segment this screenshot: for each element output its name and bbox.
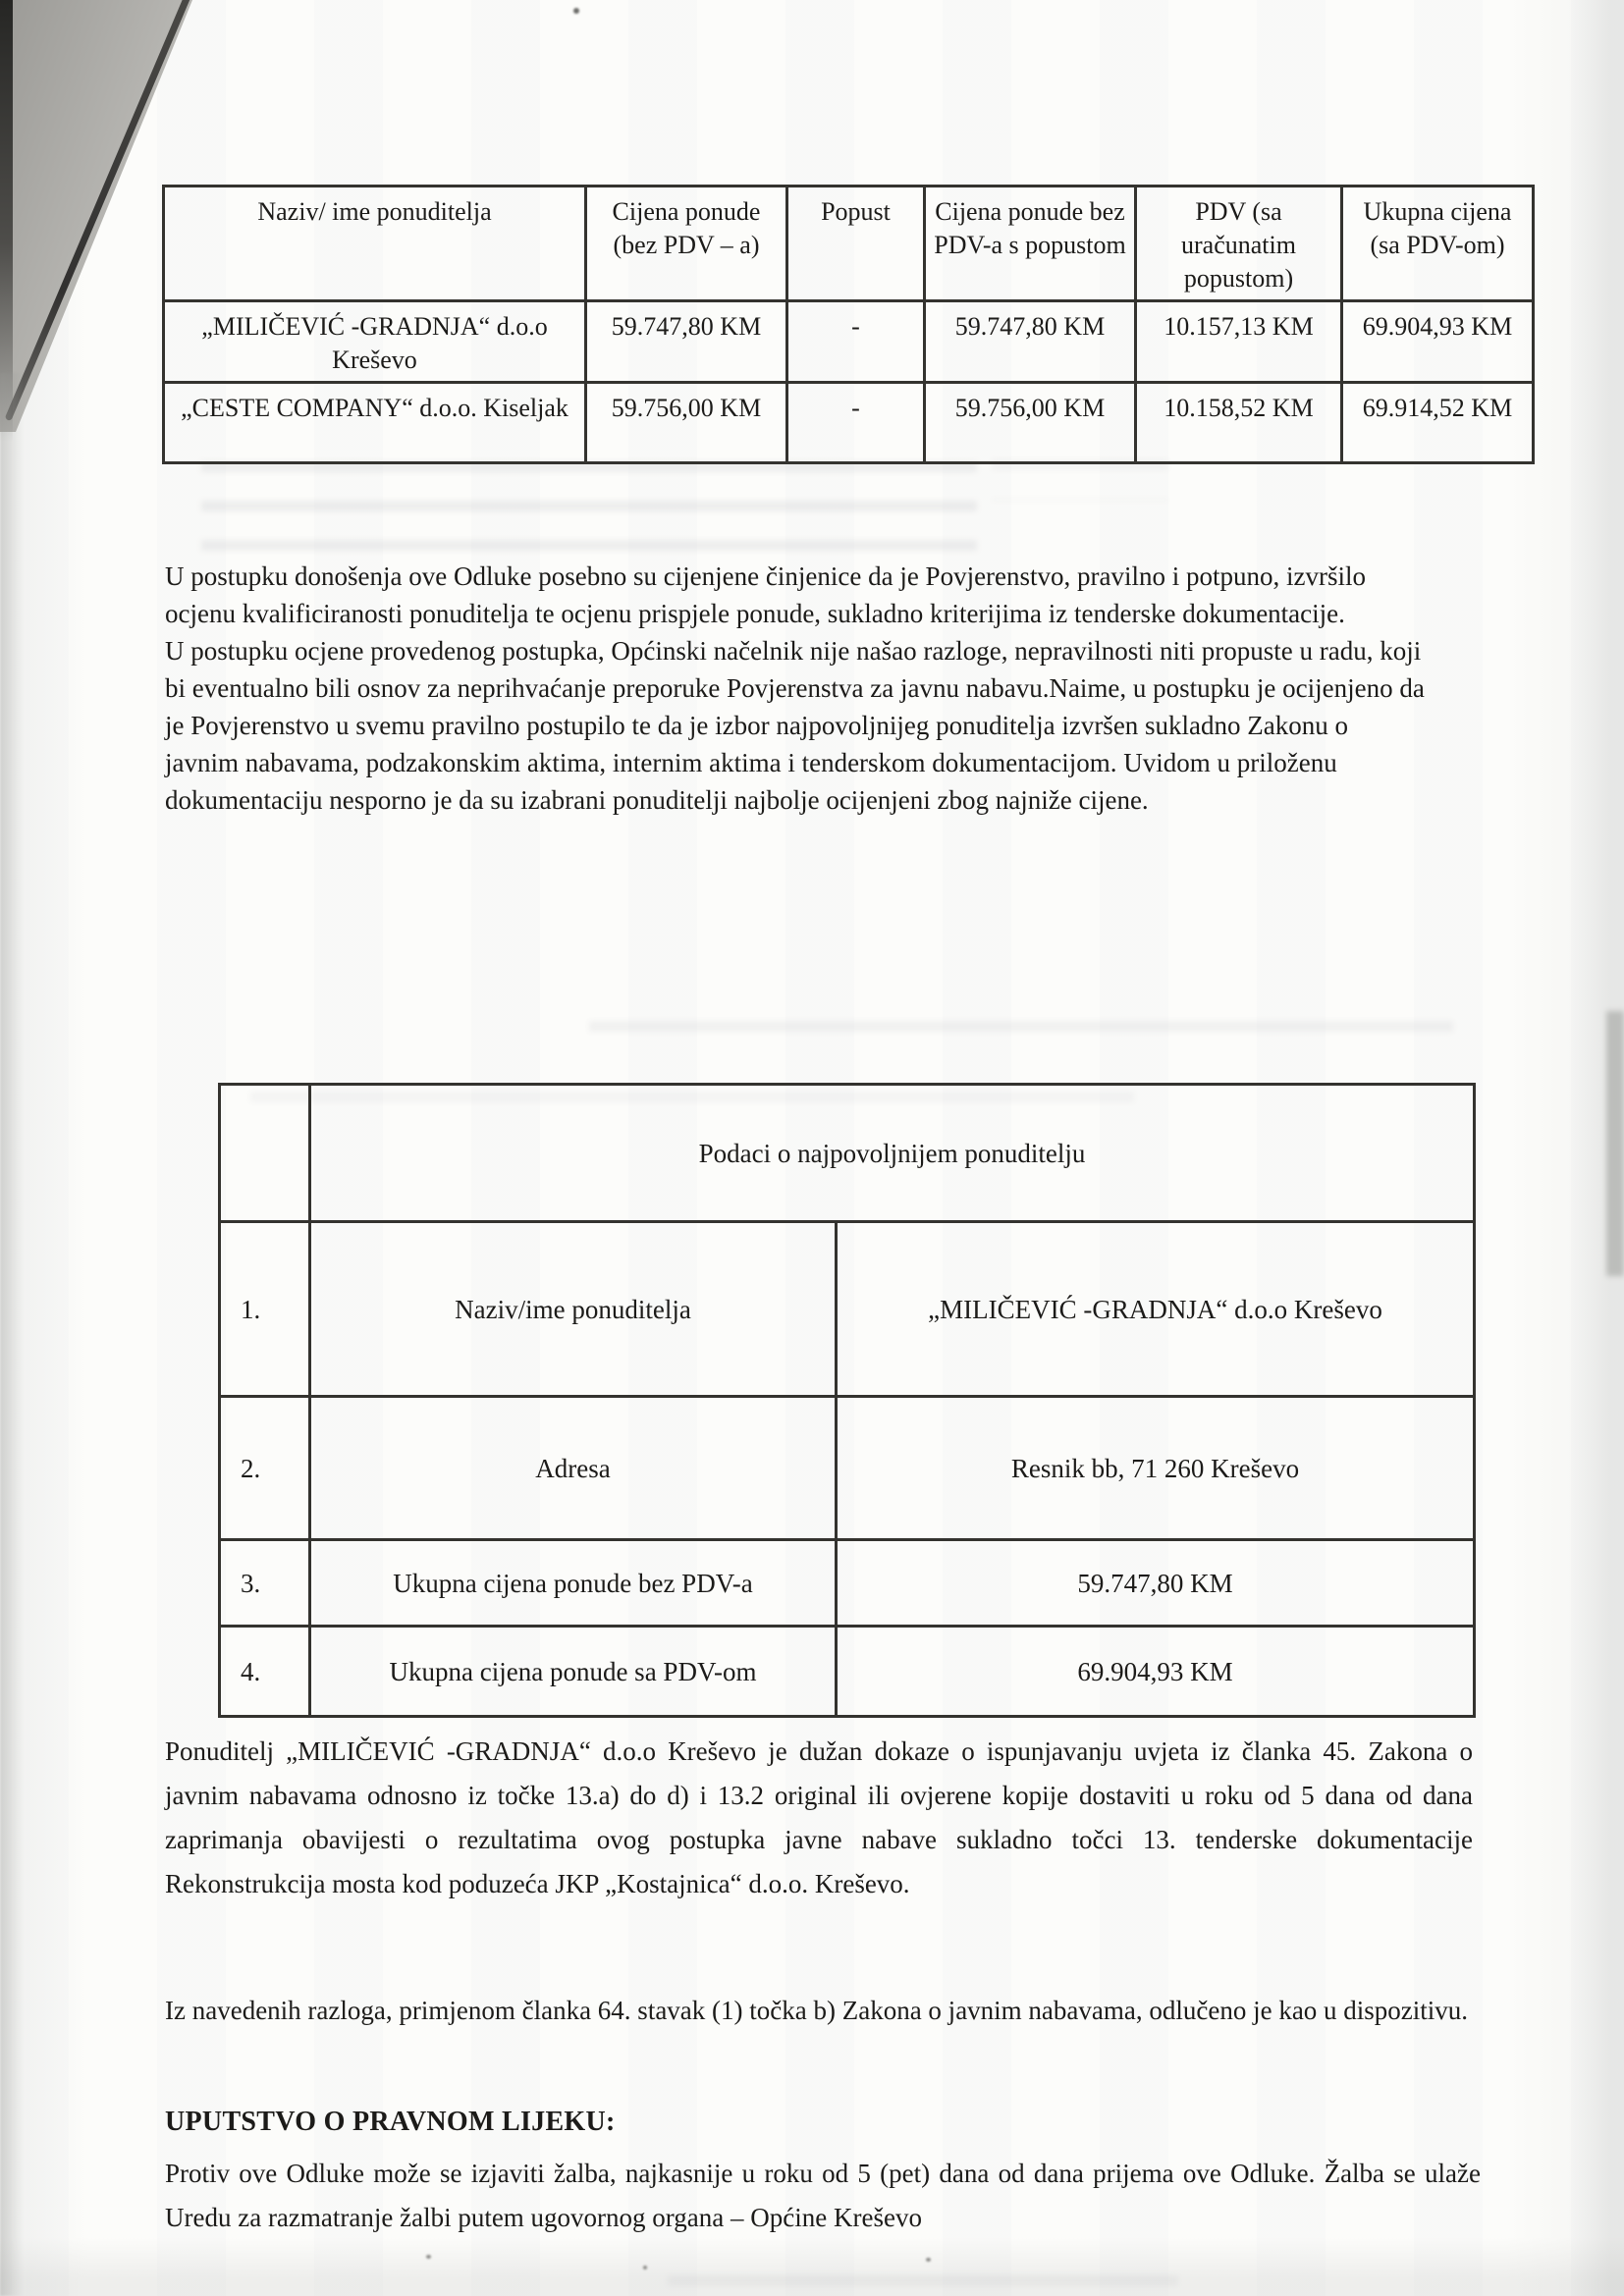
total-cell: 69.914,52 KM — [1342, 383, 1534, 463]
discount-cell: - — [787, 301, 925, 383]
row-value: 69.904,93 KM — [837, 1627, 1475, 1717]
best-bidder-table: Podaci o najpovoljnijem ponuditelju 1. N… — [218, 1083, 1476, 1718]
price-discount-cell: 59.747,80 KM — [925, 301, 1136, 383]
row-number: 4. — [220, 1627, 310, 1717]
column-header-vat: PDV (sa uračunatim popustom) — [1136, 187, 1342, 301]
offers-table-row: „CESTE COMPANY“ d.o.o. Kiseljak 59.756,0… — [164, 383, 1534, 463]
paragraph-mayor-review: U postupku ocjene provedenog postupka, O… — [165, 632, 1427, 819]
price-cell: 59.756,00 KM — [586, 383, 787, 463]
price-cell: 59.747,80 KM — [586, 301, 787, 383]
offers-table-row: „MILIČEVIĆ -GRADNJA“ d.o.o Kreševo 59.74… — [164, 301, 1534, 383]
best-bidder-row: 3. Ukupna cijena ponude bez PDV-a 59.747… — [220, 1540, 1475, 1627]
bleedthrough-smudge — [589, 1021, 1453, 1048]
bleedthrough-smudge — [201, 461, 977, 555]
offers-table-header-row: Naziv/ ime ponuditelja Cijena ponude (be… — [164, 187, 1534, 301]
row-number: 1. — [220, 1222, 310, 1397]
row-label: Ukupna cijena ponude sa PDV-om — [310, 1627, 837, 1717]
best-bidder-table-title: Podaci o najpovoljnijem ponuditelju — [310, 1085, 1475, 1222]
row-value: „MILIČEVIĆ -GRADNJA“ d.o.o Kreševo — [837, 1222, 1475, 1397]
decision-reasoning-block: U postupku donošenja ove Odluke posebno … — [165, 558, 1427, 819]
paragraph-legal-basis: Iz navedenih razloga, primjenom članka 6… — [165, 1989, 1473, 2033]
vat-cell: 10.157,13 KM — [1136, 301, 1342, 383]
best-bidder-table-title-row: Podaci o najpovoljnijem ponuditelju — [220, 1085, 1475, 1222]
column-header-price-no-vat: Cijena ponude (bez PDV – a) — [586, 187, 787, 301]
best-bidder-row: 1. Naziv/ime ponuditelja „MILIČEVIĆ -GRA… — [220, 1222, 1475, 1397]
empty-cell — [220, 1085, 310, 1222]
bleedthrough-smudge — [668, 2275, 1178, 2289]
scanned-document-page: Naziv/ ime ponuditelja Cijena ponude (be… — [0, 0, 1624, 2296]
row-number: 2. — [220, 1397, 310, 1540]
row-label: Naziv/ime ponuditelja — [310, 1222, 837, 1397]
paragraph-appeal-instructions: Protiv ove Odluke može se izjaviti žalba… — [165, 2152, 1481, 2240]
column-header-price-no-vat-discount: Cijena ponude bez PDV-a s popustom — [925, 187, 1136, 301]
scan-speck — [926, 2258, 931, 2262]
bidder-name-cell: „MILIČEVIĆ -GRADNJA“ d.o.o Kreševo — [164, 301, 586, 383]
bleedthrough-smudge — [992, 459, 1168, 501]
vat-cell: 10.158,52 KM — [1136, 383, 1342, 463]
column-header-bidder-name: Naziv/ ime ponuditelja — [164, 187, 586, 301]
row-label: Ukupna cijena ponude bez PDV-a — [310, 1540, 837, 1627]
row-value: Resnik bb, 71 260 Kreševo — [837, 1397, 1475, 1540]
offers-comparison-table: Naziv/ ime ponuditelja Cijena ponude (be… — [162, 185, 1535, 464]
scan-speck — [573, 8, 579, 14]
price-discount-cell: 59.756,00 KM — [925, 383, 1136, 463]
scan-left-edge-shadow — [0, 373, 24, 2296]
column-header-total-with-vat: Ukupna cijena (sa PDV-om) — [1342, 187, 1534, 301]
scan-speck — [643, 2266, 647, 2269]
scan-right-edge-streak — [1606, 1011, 1624, 1276]
legal-remedy-heading: UPUTSTVO O PRAVNOM LIJEKU: — [165, 2107, 1473, 2138]
row-value: 59.747,80 KM — [837, 1540, 1475, 1627]
scan-speck — [426, 2255, 431, 2259]
row-number: 3. — [220, 1540, 310, 1627]
discount-cell: - — [787, 383, 925, 463]
total-cell: 69.904,93 KM — [1342, 301, 1534, 383]
paragraph-evaluation: U postupku donošenja ove Odluke posebno … — [165, 558, 1427, 632]
best-bidder-row: 4. Ukupna cijena ponude sa PDV-om 69.904… — [220, 1627, 1475, 1717]
column-header-discount: Popust — [787, 187, 925, 301]
best-bidder-row: 2. Adresa Resnik bb, 71 260 Kreševo — [220, 1397, 1475, 1540]
bidder-name-cell: „CESTE COMPANY“ d.o.o. Kiseljak — [164, 383, 586, 463]
paragraph-evidence-obligation: Ponuditelj „MILIČEVIĆ -GRADNJA“ d.o.o Kr… — [165, 1730, 1473, 1906]
row-label: Adresa — [310, 1397, 837, 1540]
